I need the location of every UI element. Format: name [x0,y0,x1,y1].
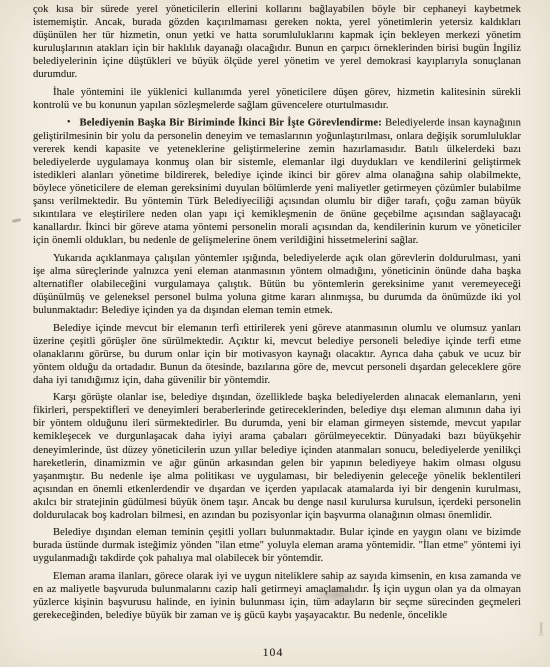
paragraph-eleman-arama-ilanlari: Eleman arama ilanları, görece olarak iyi… [33,570,521,622]
paragraph-bold-heading: Belediyenin Başka Bir Biriminde İkinci B… [80,118,382,129]
paragraph-body-text: Belediyelerde insan kaynağının geliştiri… [33,118,521,246]
paragraph-karsi-gorus: Karşı görüşte olanlar ise, belediye dışı… [33,391,521,521]
page-number: 104 [0,645,546,660]
paragraph-second-job-assignment: •Belediyenin Başka Bir Biriminde İkinci … [33,116,521,247]
paragraph-ihale-yontemi: İhale yöntemini ile yüklenici kullanımda… [33,86,521,112]
scan-edge-mark [534,622,548,636]
page-text-block: çok kısa bir sürede yerel yöneticilerin … [33,3,521,646]
scan-pencil-mark [12,218,21,223]
bullet-icon: • [50,116,71,129]
paragraph-yontemler-isiginda: Yukarıda açıklanmaya çalışılan yöntemler… [33,252,521,317]
paragraph-ilan-etme: Belediye dışından eleman teminin çeşitli… [33,526,521,565]
paragraph-continuation-intro: çok kısa bir sürede yerel yöneticilerin … [33,3,521,81]
paragraph-belediye-icinde-terfi: Belediye içinde mevcut bir elemanın terf… [33,322,521,387]
